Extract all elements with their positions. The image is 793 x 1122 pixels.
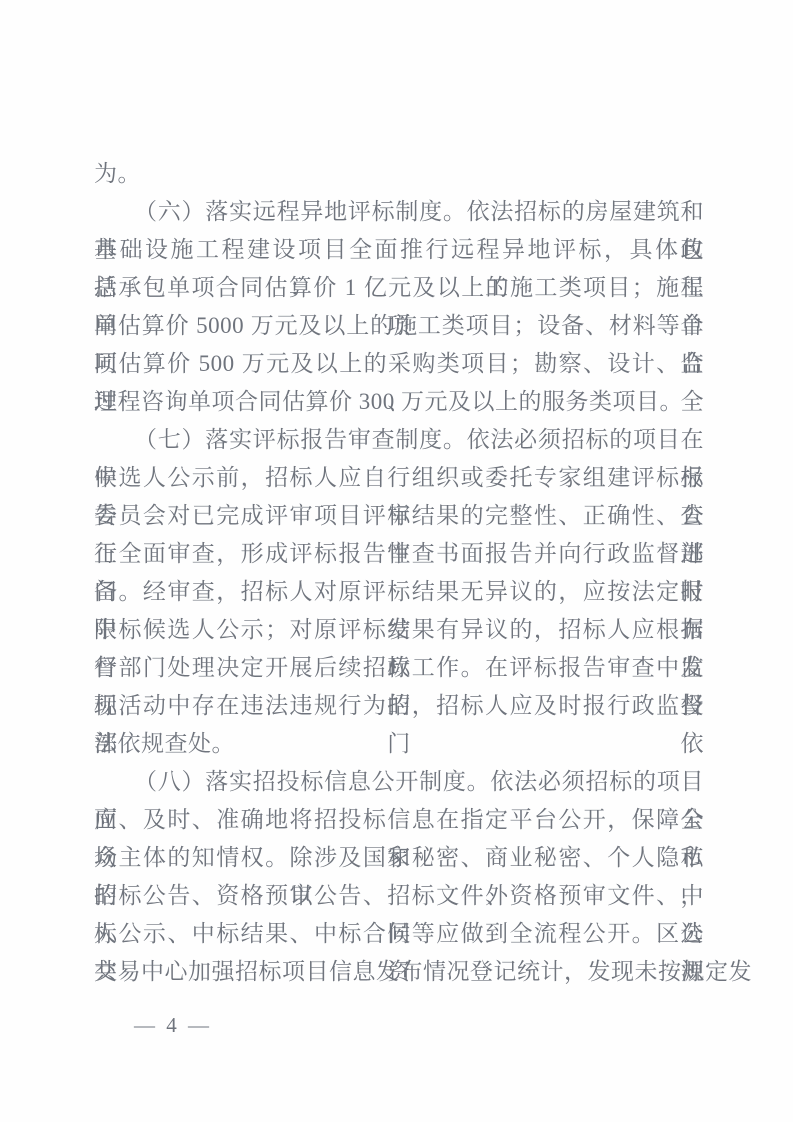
text-line: 为。 bbox=[94, 155, 704, 193]
text-line: 总承包单项合同估算价 1 亿元及以上的施工类项目；施工单项合 bbox=[94, 269, 704, 307]
text-line: 备。经审查，招标人对原评标结果无异议的，应按法定时限发布 bbox=[94, 573, 704, 611]
text-line: （六）落实远程异地评标制度。依法招标的房屋建筑和市政 bbox=[94, 193, 704, 231]
text-line: 候选人公示前，招标人应自行组织或委托专家组建评标报告审查 bbox=[94, 459, 704, 497]
text-line: 中标候选人公示；对原评标结果有异议的，招标人应根据行政监 bbox=[94, 611, 704, 649]
text-line: 同估算价 5000 万元及以上的施工类项目；设备、材料等单项合 bbox=[94, 307, 704, 345]
text-line: 基础设施工程建设项目全面推行远程异地评标，具体包括：工程 bbox=[94, 231, 704, 269]
text-line: （八）落实招投标信息公开制度。依法必须招标的项目应全 bbox=[94, 763, 704, 801]
text-line: 招标公告、资格预审公告、招标文件、资格预审文件、中标候选 bbox=[94, 877, 704, 915]
text-line: 行全面审查，形成评标报告审查书面报告并向行政监督部门报 bbox=[94, 535, 704, 573]
text-line: 同估算价 500 万元及以上的采购类项目；勘察、设计、监理、全 bbox=[94, 345, 704, 383]
text-block: 为。（六）落实远程异地评标制度。依法招标的房屋建筑和市政基础设施工程建设项目全面… bbox=[94, 155, 704, 991]
text-line: 面、及时、准确地将招投标信息在指定平台公开，保障公众和市 bbox=[94, 801, 704, 839]
page-number: — 4 — bbox=[134, 1012, 212, 1038]
text-line: 人公示、中标结果、中标合同等应做到全流程公开。区公共资源 bbox=[94, 915, 704, 953]
text-line: 督部门处理决定开展后续招标工作。在评标报告审查中发现招投 bbox=[94, 649, 704, 687]
text-line: （七）落实评标报告审查制度。依法必须招标的项目在中标 bbox=[94, 421, 704, 459]
text-line: 场主体的知情权。除涉及国家秘密、商业秘密、个人隐私的以外， bbox=[94, 839, 704, 877]
text-line: 交易中心加强招标项目信息发布情况登记统计，发现未按规定发 bbox=[94, 953, 704, 991]
document-page: 为。（六）落实远程异地评标制度。依法招标的房屋建筑和市政基础设施工程建设项目全面… bbox=[0, 0, 793, 1122]
text-line: 标活动中存在违法违规行为的，招标人应及时报行政监督部门依 bbox=[94, 687, 704, 725]
text-line: 委员会对已完成评审项目评标结果的完整性、正确性、公正性进 bbox=[94, 497, 704, 535]
text-line: 过程咨询单项合同估算价 300 万元及以上的服务类项目。 bbox=[94, 383, 704, 421]
